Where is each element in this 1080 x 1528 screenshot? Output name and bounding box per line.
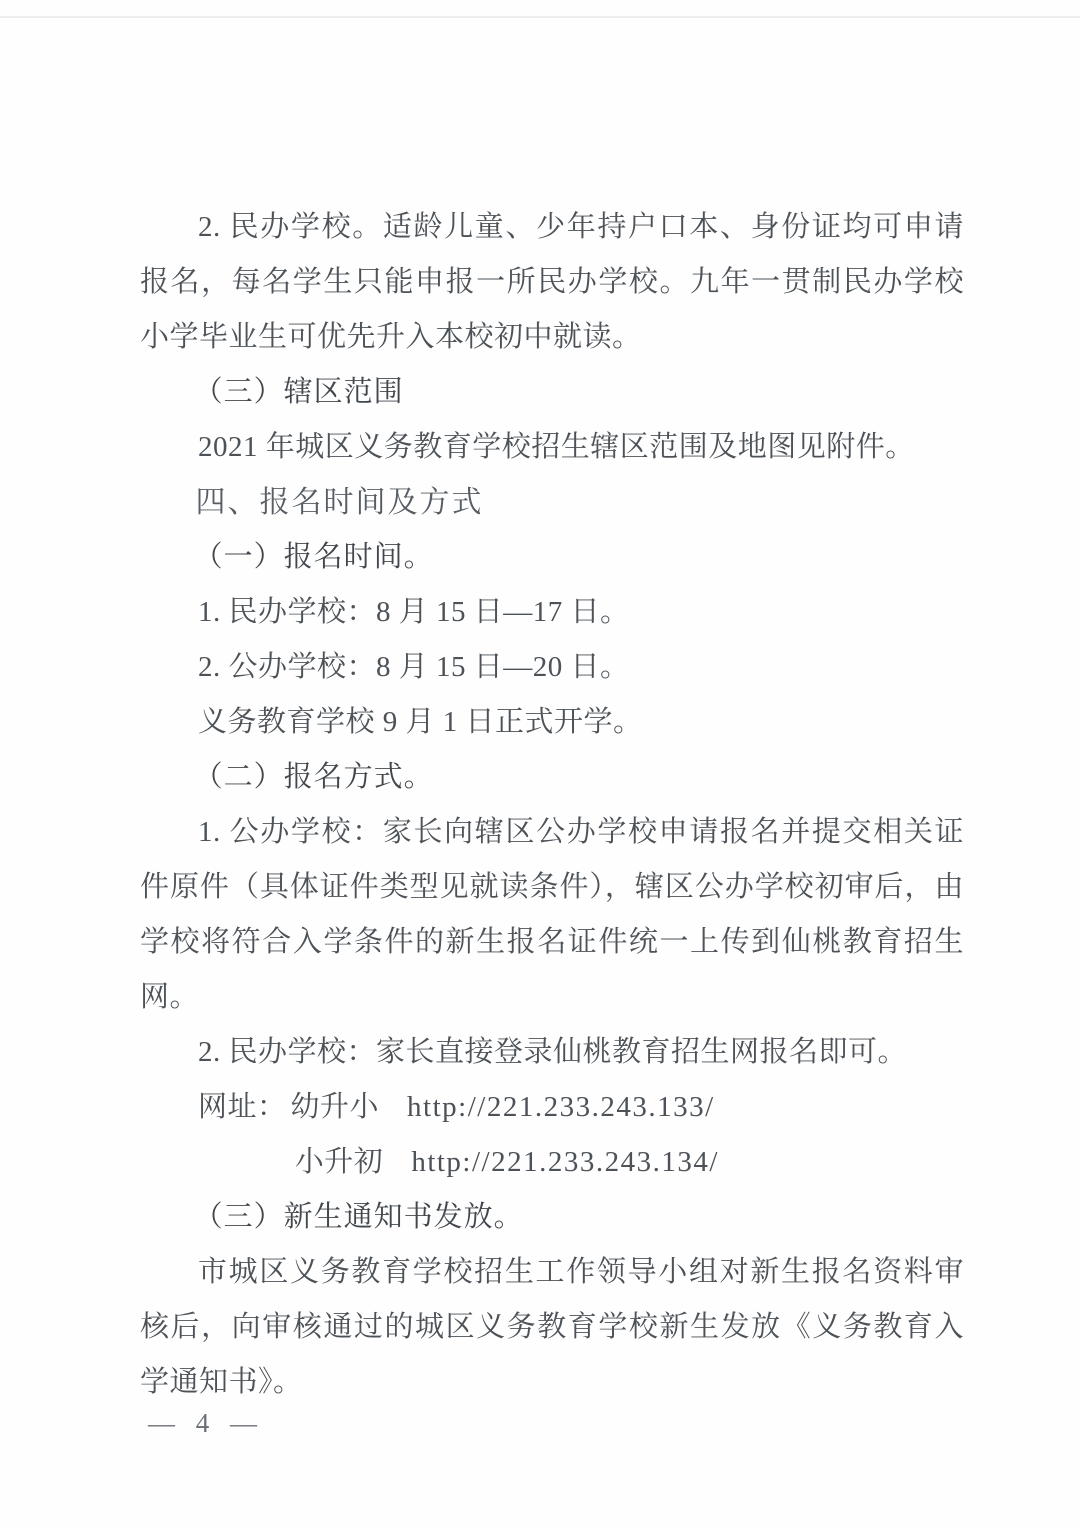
item-public-school-time: 2. 公办学校：8 月 15 日—20 日。	[140, 640, 964, 695]
url-name-youshengxiao: 幼升小	[291, 1091, 380, 1123]
heading-section-four: 四、报名时间及方式	[140, 475, 964, 530]
heading-district-scope: （三）辖区范围	[140, 365, 964, 420]
url-line-secondary: 小升初http://221.233.243.134/	[140, 1135, 964, 1190]
paragraph-private-school: 2. 民办学校。适龄儿童、少年持户口本、身份证均可申请报名，每名学生只能申报一所…	[140, 200, 964, 365]
document-page: 2. 民办学校。适龄儿童、少年持户口本、身份证均可申请报名，每名学生只能申报一所…	[0, 0, 1080, 1528]
url-secondary-link[interactable]: http://221.233.243.134/	[411, 1146, 719, 1178]
paragraph-private-school-method: 2. 民办学校：家长直接登录仙桃教育招生网报名即可。	[140, 1025, 964, 1080]
url-line-primary: 网址：幼升小http://221.233.243.133/	[140, 1080, 964, 1135]
heading-notice-issuance: （三）新生通知书发放。	[140, 1190, 964, 1245]
url-name-xiaoshengchu: 小升初	[295, 1146, 384, 1178]
page-number: — 4 —	[148, 1408, 264, 1439]
paragraph-district-scope: 2021 年城区义务教育学校招生辖区范围及地图见附件。	[140, 420, 964, 475]
paragraph-notice-issuance: 市城区义务教育学校招生工作领导小组对新生报名资料审核后，向审核通过的城区义务教育…	[140, 1245, 964, 1410]
heading-registration-time: （一）报名时间。	[140, 530, 964, 585]
url-primary-link[interactable]: http://221.233.243.133/	[407, 1091, 715, 1123]
url-label: 网址：	[198, 1091, 287, 1123]
item-private-school-time: 1. 民办学校：8 月 15 日—17 日。	[140, 585, 964, 640]
item-school-start-date: 义务教育学校 9 月 1 日正式开学。	[140, 695, 964, 750]
scan-artifact-line	[0, 16, 1080, 18]
paragraph-public-school-method: 1. 公办学校：家长向辖区公办学校申请报名并提交相关证件原件（具体证件类型见就读…	[140, 805, 964, 1025]
document-body: 2. 民办学校。适龄儿童、少年持户口本、身份证均可申请报名，每名学生只能申报一所…	[140, 200, 964, 1410]
heading-registration-method: （二）报名方式。	[140, 750, 964, 805]
